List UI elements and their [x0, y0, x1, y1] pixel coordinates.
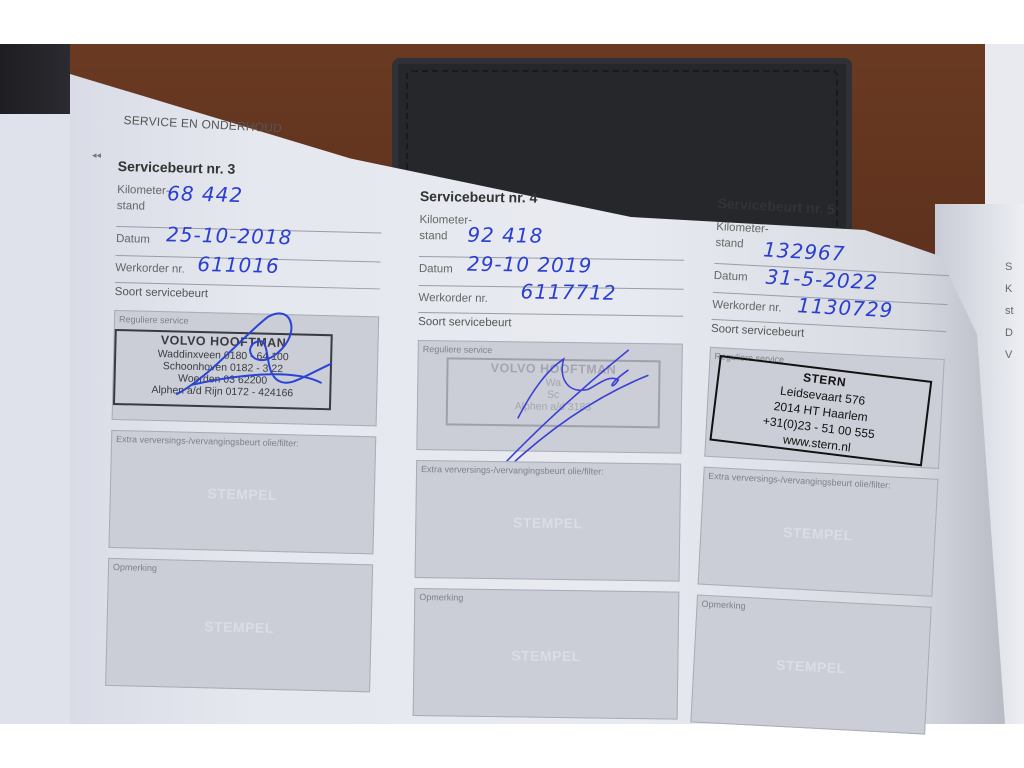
- stamp-placeholder: STEMPEL: [414, 646, 677, 666]
- mileage-value: 132967: [763, 241, 846, 261]
- nav-marker-icon: ◂◂: [92, 150, 101, 161]
- mileage-value: 92 418: [467, 227, 543, 244]
- stamp-placeholder: STEMPEL: [701, 520, 935, 548]
- stamp-placeholder: STEMPEL: [111, 483, 374, 505]
- stamp-placeholder: STEMPEL: [416, 513, 679, 533]
- remark-box: Opmerking STEMPEL: [105, 558, 373, 692]
- extra-service-box: Extra verversings-/vervangingsbeurt olie…: [108, 430, 376, 554]
- date-value: 29-10 2019: [467, 256, 593, 274]
- date-value: 31-5-2022: [765, 269, 878, 291]
- regular-service-box: Reguliere service STERN Leidsevaart 576 …: [704, 347, 944, 469]
- date-value: 25-10-2018: [166, 226, 293, 245]
- right-page-fragment: S K st D V: [1005, 256, 1014, 366]
- work-order-value: 1130729: [797, 297, 894, 318]
- service-type-label: Soort servicebeurt: [418, 313, 683, 340]
- dealer-stamp: STERN Leidsevaart 576 2014 HT Haarlem +3…: [709, 355, 932, 466]
- extra-service-box: Extra verversings-/vervangingsbeurt olie…: [415, 460, 682, 582]
- stamp-placeholder: STEMPEL: [694, 652, 928, 680]
- work-order-field: Werkorder nr. 6117712: [418, 286, 683, 317]
- extra-service-box: Extra verversings-/vervangingsbeurt olie…: [698, 467, 939, 597]
- regular-service-box: Reguliere service VOLVO HOOFTMAN Waddinx…: [112, 310, 380, 426]
- remark-box: Opmerking STEMPEL: [413, 588, 680, 720]
- service-entry-5: Servicebeurt nr. 5 Kilometer- stand 1329…: [690, 195, 952, 735]
- service-entry-4: Servicebeurt nr. 4 Kilometer- stand 92 4…: [413, 188, 685, 720]
- regular-service-box: Reguliere service VOLVO HOOFTMAN Wa Sc A…: [416, 340, 683, 454]
- dealer-stamp: VOLVO HOOFTMAN Waddinxveen 0180 - 64 100…: [113, 329, 333, 410]
- remark-box: Opmerking STEMPEL: [690, 594, 931, 734]
- dealer-stamp-faint: VOLVO HOOFTMAN Wa Sc Alphen a/d 3183: [446, 357, 661, 428]
- mileage-value: 68 442: [167, 185, 243, 203]
- entry-title: Servicebeurt nr. 4: [420, 188, 685, 208]
- stamp-placeholder: STEMPEL: [107, 616, 370, 638]
- service-entry-3: Servicebeurt nr. 3 Kilometer- stand 68 4…: [105, 158, 383, 692]
- work-order-value: 611016: [197, 256, 280, 274]
- work-order-value: 6117712: [520, 283, 616, 300]
